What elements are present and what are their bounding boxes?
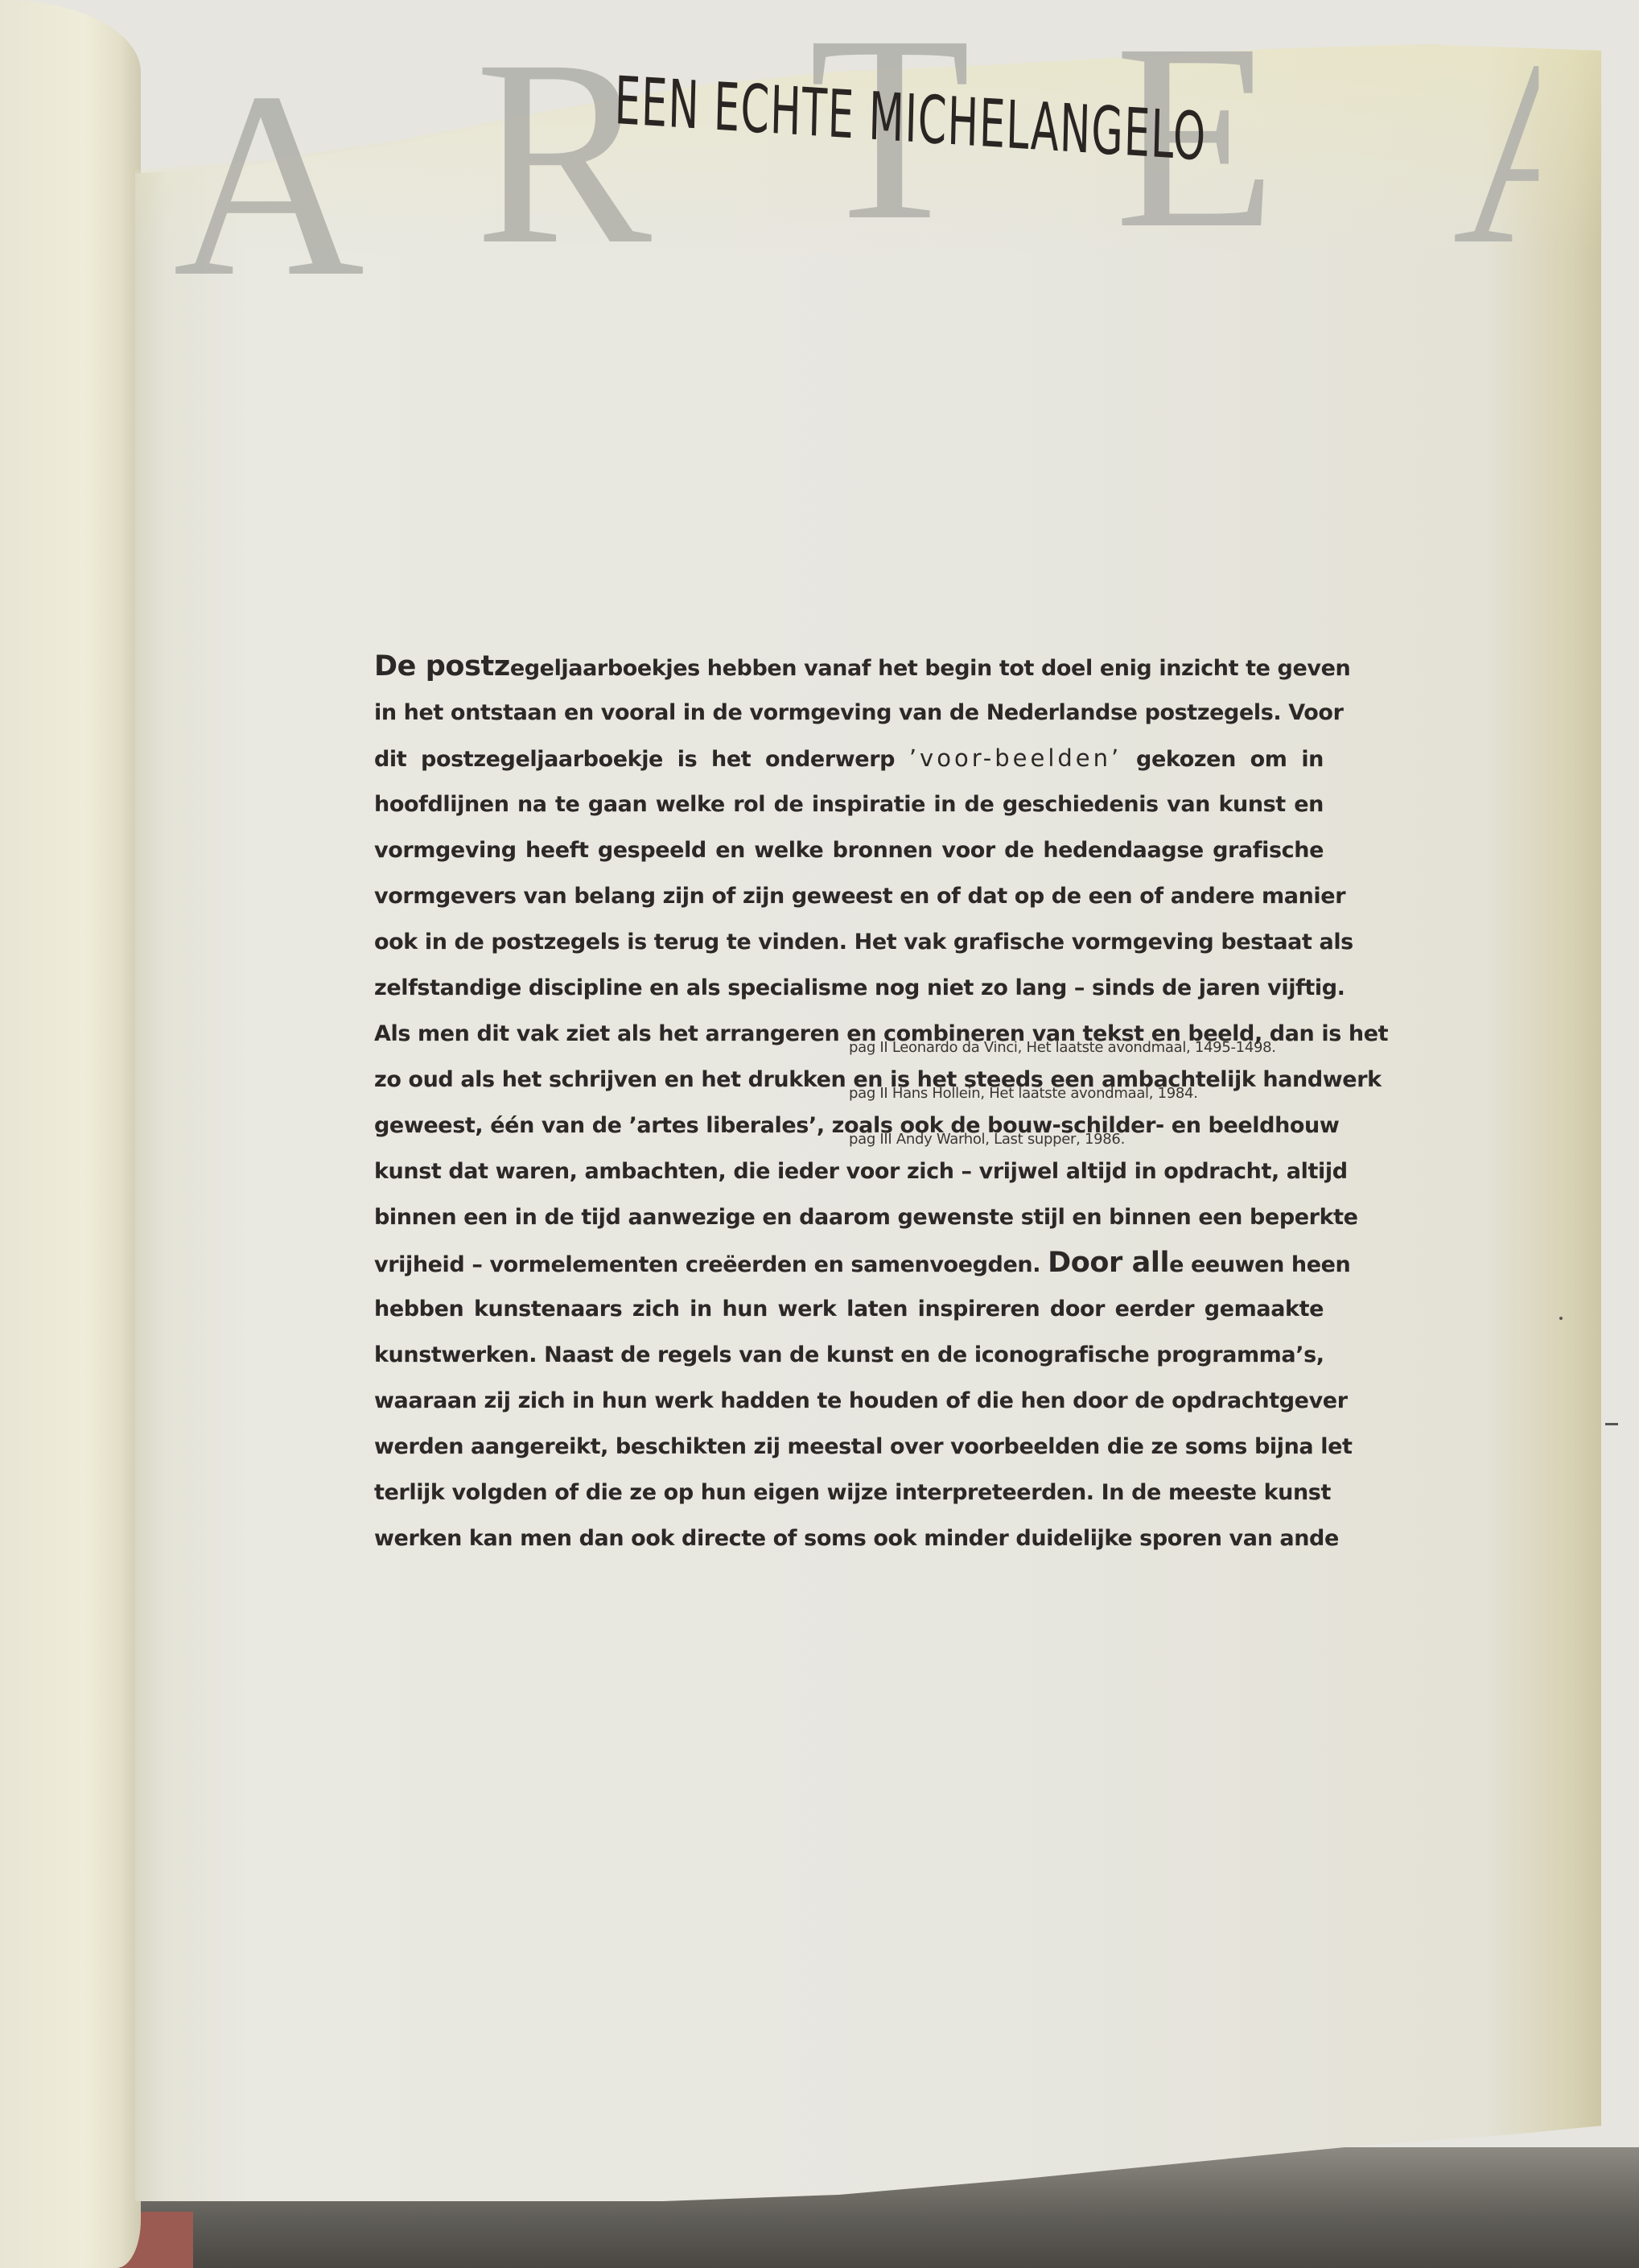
text-line: vormgevers van belang zijn of zijn gewee… (374, 873, 1324, 919)
text-line: kunst dat waren, ambachten, die ieder vo… (374, 1148, 1324, 1194)
text-line: werden aangereikt, beschikten zij meesta… (374, 1424, 1324, 1470)
left-page-edge (0, 0, 141, 2268)
watermark-letter: A (1452, 20, 1639, 286)
watermark-letter: R (475, 20, 652, 286)
emphasis-door-all: Door all (1048, 1247, 1169, 1279)
emphasis-voor-beelden: ’voor-beelden’ (909, 744, 1122, 772)
text-line: hebben kunstenaars zich in hun werk late… (374, 1286, 1324, 1332)
text-line: De postzegeljaarboekjes hebben vanaf het… (374, 644, 1324, 690)
watermark-letter: A (173, 52, 364, 318)
paper-speck (1559, 1317, 1563, 1320)
text-line: terlijk volgden of die ze op hun eigen w… (374, 1470, 1324, 1515)
text-line: kunstwerken. Naast de regels van de kuns… (374, 1332, 1324, 1378)
text-line: hoofdlijnen na te gaan welke rol de insp… (374, 781, 1324, 827)
text-line: in het ontstaan en vooral in de vormgevi… (374, 690, 1324, 736)
text-line: ook in de postzegels is terug te vinden.… (374, 919, 1324, 965)
text-line: zelfstandige discipline en als specialis… (374, 965, 1324, 1011)
text-line: dit postzegeljaarboekje is het onderwerp… (374, 736, 1324, 781)
text-line: waaraan zij zich in hun werk hadden te h… (374, 1378, 1324, 1424)
drop-lead: De postz (374, 650, 510, 682)
text-line: vormgeving heeft gespeeld en welke bronn… (374, 827, 1324, 873)
page-edge-mark (1605, 1423, 1618, 1425)
text-line: binnen een in de tijd aanwezige en daaro… (374, 1194, 1324, 1240)
body-text: De postzegeljaarboekjes hebben vanaf het… (374, 644, 1324, 1561)
text-line: werken kan men dan ook directe of soms o… (374, 1515, 1324, 1561)
text-line: vrijheid – vormelementen creëerden en sa… (374, 1240, 1324, 1286)
